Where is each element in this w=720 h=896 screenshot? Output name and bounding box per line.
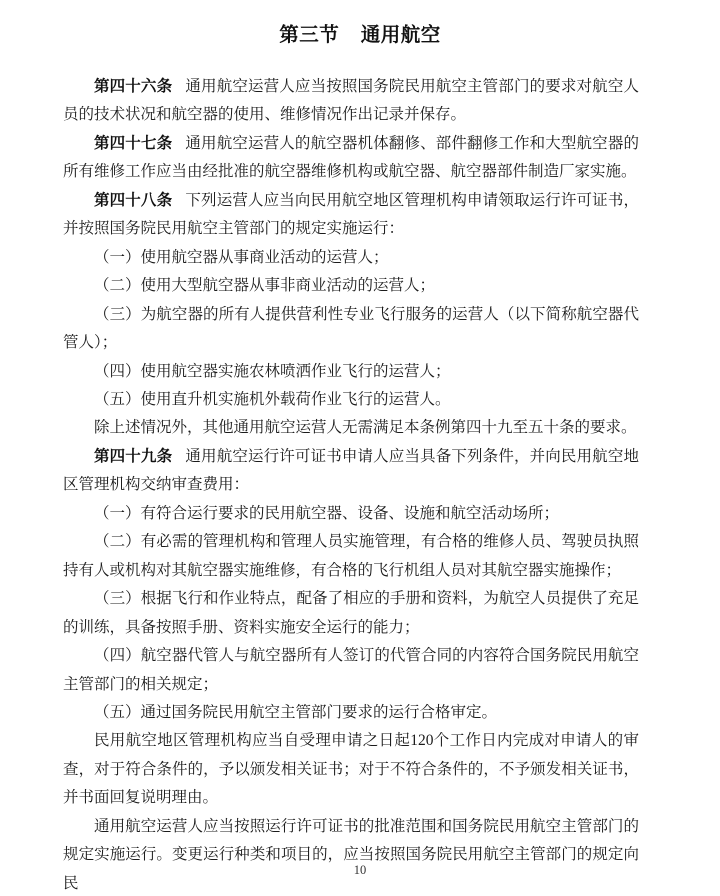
list-item-paragraph: （二）有必需的管理机构和管理人员实施管理，有合格的维修人员、驾驶员执照持有人或机… [63, 528, 639, 585]
list-item-paragraph: （一）使用航空器从事商业活动的运营人； [63, 244, 639, 272]
article-number-label: 第四十六条 [94, 78, 172, 95]
paragraph: 第四十九条通用航空运行许可证书申请人应当具备下列条件，并向民用航空地区管理机构交… [63, 443, 639, 500]
paragraph-text: （三）为航空器的所有人提供营利性专业飞行服务的运营人（以下简称航空器代管人）； [63, 306, 639, 351]
list-item-paragraph: （四）航空器代管人与航空器所有人签订的代管合同的内容符合国务院民用航空主管部门的… [63, 642, 639, 699]
section-name: 通用航空 [361, 24, 441, 46]
section-number: 第三节 [279, 24, 339, 46]
paragraph-text: （一）使用航空器从事商业活动的运营人； [94, 249, 389, 266]
paragraph: 第四十七条通用航空运营人的航空器机体翻修、部件翻修工作和大型航空器的所有维修工作… [63, 130, 639, 187]
article-number-label: 第四十八条 [94, 192, 172, 209]
page-number: 10 [0, 863, 720, 878]
list-item-paragraph: （三）根据飞行和作业特点，配备了相应的手册和资料，为航空人员提供了充足的训练，具… [63, 585, 639, 642]
list-item-paragraph: （二）使用大型航空器从事非商业活动的运营人； [63, 272, 639, 300]
paragraph: 民用航空地区管理机构应当自受理申请之日起120个工作日内完成对申请人的审查，对于… [63, 727, 639, 812]
paragraph-text: 通用航空运营人应当按照运行许可证书的批准范围和国务院民用航空主管部门的规定实施运… [63, 818, 639, 892]
paragraph: 通用航空运营人应当按照运行许可证书的批准范围和国务院民用航空主管部门的规定实施运… [63, 813, 639, 896]
paragraph-text: （二）使用大型航空器从事非商业活动的运营人； [94, 277, 435, 294]
paragraph-text: （二）有必需的管理机构和管理人员实施管理，有合格的维修人员、驾驶员执照持有人或机… [63, 533, 639, 578]
article-number-label: 第四十九条 [94, 448, 172, 465]
list-item-paragraph: （五）通过国务院民用航空主管部门要求的运行合格审定。 [63, 699, 639, 727]
paragraph: 第四十六条通用航空运营人应当按照国务院民用航空主管部门的要求对航空人员的技术状况… [63, 73, 639, 130]
list-item-paragraph: （一）有符合运行要求的民用航空器、设备、设施和航空活动场所； [63, 500, 639, 528]
paragraph-text: （四）航空器代管人与航空器所有人签订的代管合同的内容符合国务院民用航空主管部门的… [63, 647, 639, 692]
paragraph: 第四十八条下列运营人应当向民用航空地区管理机构申请领取运行许可证书，并按照国务院… [63, 187, 639, 244]
paragraph-text: （一）有符合运行要求的民用航空器、设备、设施和航空活动场所； [94, 505, 559, 522]
paragraph-text: 民用航空地区管理机构应当自受理申请之日起120个工作日内完成对申请人的审查，对于… [63, 732, 639, 806]
paragraph-text: （五）使用直升机实施机外载荷作业飞行的运营人。 [94, 391, 451, 408]
paragraph: 除上述情况外，其他通用航空运营人无需满足本条例第四十九至五十条的要求。 [63, 414, 639, 442]
paragraph-text: （三）根据飞行和作业特点，配备了相应的手册和资料，为航空人员提供了充足的训练，具… [63, 590, 639, 635]
list-item-paragraph: （五）使用直升机实施机外载荷作业飞行的运营人。 [63, 386, 639, 414]
document-page: 第三节通用航空 第四十六条通用航空运营人应当按照国务院民用航空主管部门的要求对航… [0, 0, 720, 896]
section-title: 第三节通用航空 [0, 22, 720, 48]
list-item-paragraph: （四）使用航空器实施农林喷洒作业飞行的运营人； [63, 358, 639, 386]
list-item-paragraph: （三）为航空器的所有人提供营利性专业飞行服务的运营人（以下简称航空器代管人）； [63, 301, 639, 358]
article-number-label: 第四十七条 [94, 135, 172, 152]
paragraph-text: （五）通过国务院民用航空主管部门要求的运行合格审定。 [94, 704, 497, 721]
paragraph-text: （四）使用航空器实施农林喷洒作业飞行的运营人； [94, 363, 451, 380]
document-body: 第四十六条通用航空运营人应当按照国务院民用航空主管部门的要求对航空人员的技术状况… [63, 73, 639, 896]
paragraph-text: 除上述情况外，其他通用航空运营人无需满足本条例第四十九至五十条的要求。 [94, 419, 637, 436]
